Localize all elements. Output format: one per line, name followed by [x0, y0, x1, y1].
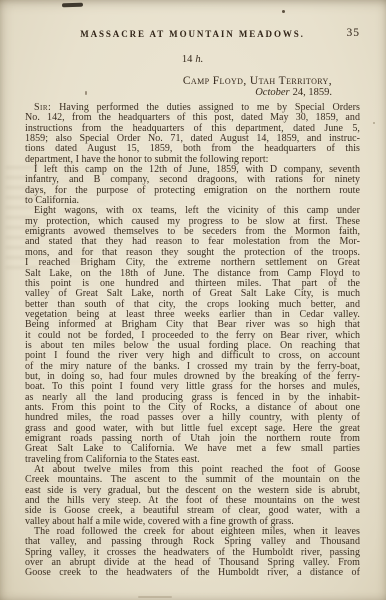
dateline-date: October24, 1859.: [25, 87, 332, 98]
paper-speck: [373, 122, 375, 124]
running-title: MASSACRE AT MOUNTAIN MEADOWS.: [25, 29, 360, 39]
section-heading-letter: h.: [195, 54, 203, 65]
paragraph: Sir: Having performed the duties assigne…: [25, 103, 360, 165]
dateline-place: Camp Floyd, Utah Territory,: [25, 75, 332, 87]
text-line: I reached Brigham City, the extreme nort…: [25, 258, 360, 268]
dateline-day-year: 24, 1859.: [293, 87, 332, 98]
scan-scratch: [138, 596, 172, 598]
paper-speck: [282, 10, 285, 13]
page-content: MASSACRE AT MOUNTAIN MEADOWS. 35 14h. Ca…: [25, 29, 360, 579]
dateline-month: October: [255, 87, 289, 98]
paragraph: The road followed the creek for about ei…: [25, 527, 360, 579]
section-heading-number: 14: [182, 54, 193, 65]
text-line: valley of Great Salt Lake, north of Grea…: [25, 289, 360, 299]
scanned-page: MASSACRE AT MOUNTAIN MEADOWS. 35 14h. Ca…: [0, 0, 386, 600]
page-number: 35: [347, 27, 361, 39]
paragraph: At about twelve miles from this point re…: [25, 465, 360, 527]
paragraph: I left this camp on the 12th of June, 18…: [25, 165, 360, 206]
salutation: Sir:: [34, 102, 51, 113]
paragraph: Eight wagons, with ox teams, left the vi…: [25, 206, 360, 465]
text-line: Being informed at Brigham City that Bear…: [25, 320, 360, 330]
ink-dash-artifact: [62, 3, 83, 8]
text-line: Goose creek to the headwaters of the Hum…: [25, 568, 360, 578]
page-header: MASSACRE AT MOUNTAIN MEADOWS. 35: [25, 29, 360, 41]
document-body: Sir: Having performed the duties assigne…: [25, 103, 360, 579]
dateline: Camp Floyd, Utah Territory, October24, 1…: [25, 75, 360, 98]
section-heading: 14h.: [25, 54, 360, 66]
